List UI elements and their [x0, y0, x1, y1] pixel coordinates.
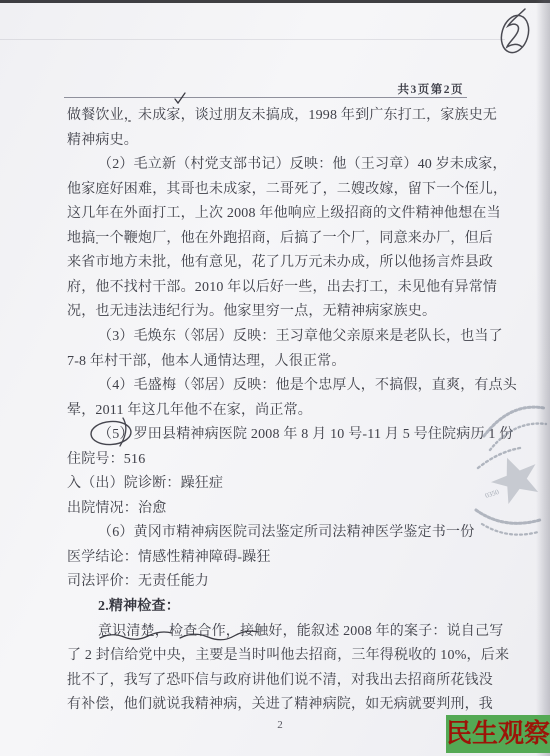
text-line: 7-8 年村干部，他本人通情达理，人很正常。 [67, 350, 346, 370]
seal-number: 0350 [484, 488, 500, 500]
text-line: 司法评价：无责任能力 [67, 570, 209, 590]
text-line: 入（出）院诊断：躁狂症 [67, 472, 223, 492]
header-underline [64, 97, 467, 98]
page-number: 2 [270, 719, 290, 731]
text-line: （6）黄冈市精神病医院司法鉴定所司法精神医学鉴定书一份 [98, 521, 474, 541]
watermark-label: 民生观察 [446, 715, 550, 753]
handwritten-digit-2 [507, 9, 525, 47]
text-line: 出院情况：治愈 [67, 497, 166, 517]
text-line: 来省市地方未批，他有意见，花了几万元未办成，所以他扬言炸县政 [67, 251, 493, 271]
scan-speck [96, 242, 98, 244]
paper-right-edge-shadow [536, 0, 550, 756]
text-line: （4）毛盛梅（邻居）反映：他是个忠厚人，不搞假，直爽，有点头 [98, 374, 517, 394]
text-line: 他家庭好困难，其哥也未成家，二哥死了，二嫂改嫁，留下一个侄儿， [67, 178, 507, 198]
text-line: （2）毛立新（村党支部书记）反映：他（王习章）40 岁未成家， [98, 153, 507, 173]
text-line: 这几年在外面打工，上次 2008 年他响应上级招商的文件精神他想在当 [67, 202, 501, 222]
text-line: 有补偿，他们就说我精神病，关进了精神病院，如无病就要判刑，我 [67, 693, 493, 713]
official-seal-stamp: 0350 [470, 392, 550, 542]
paper-crease [0, 39, 505, 40]
hand-circle-item-5 [86, 414, 138, 452]
text-line: 地搞一个鞭炮厂，他在外跑招商，后搞了一个厂，同意来办厂，但后 [67, 227, 493, 247]
handwritten-circled-number [492, 4, 544, 60]
scanned-document-page: 共3页第2页 做餐饮业，未成家，谈过朋友未搞成，1998 年到广东打工，家族史无… [0, 0, 550, 756]
scan-speck [128, 120, 131, 122]
text-line: （3）毛焕东（邻居）反映：王习章他父亲原来是老队长，也当了 [98, 325, 503, 345]
text-line: （5）罗田县精神病医院 2008 年 8 月 10 号-11 月 5 号住院病历… [98, 423, 513, 443]
page-count-label: 共3页第2页 [0, 81, 464, 97]
handwritten-checkmark [172, 90, 190, 106]
text-line: 了 2 封信给党中央，主要是当时叫他去招商，三年得税收的 10%，后来 [67, 644, 509, 664]
text-line: 批不了，我写了恐吓信与政府讲他们说不清，对我出去招商所花钱没 [67, 669, 493, 689]
text-line: 精神病史。 [67, 129, 138, 149]
text-line: 况，也无违法违纪行为。他家里穷一点，无精神病家族史。 [67, 300, 436, 320]
text-line: 做餐饮业，未成家，谈过朋友未搞成，1998 年到广东打工，家族史无 [67, 104, 497, 124]
text-line: 府，他不找村干部。2010 年以后好一些，出去打工，未见他有异常情 [67, 276, 497, 296]
scan-top-edge [0, 0, 550, 3]
text-line: 医学结论：情感性精神障碍-躁狂 [67, 546, 271, 566]
hand-underline-phrase [96, 628, 266, 644]
scan-speck [310, 705, 312, 707]
text-line: 2.精神检查： [98, 595, 180, 615]
